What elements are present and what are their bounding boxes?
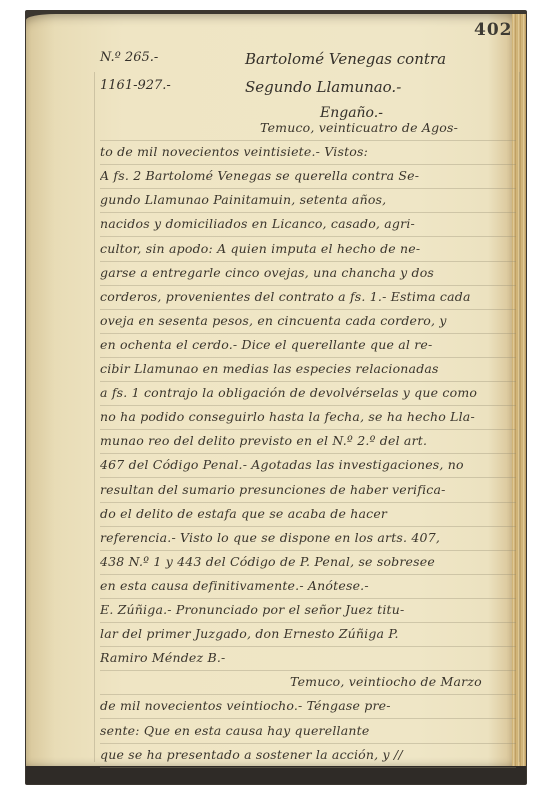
case-number: N.º 265.- (100, 50, 158, 65)
page-number: 402 (474, 20, 513, 40)
body-line: 438 N.º 1 y 443 del Código de P. Penal, … (100, 550, 516, 575)
body-line: a fs. 1 contrajo la obligación de devolv… (100, 381, 516, 406)
body-line: cibir Llamunao en medias las especies re… (100, 357, 516, 382)
body-line: cultor, sin apodo: A quien imputa el hec… (100, 237, 516, 262)
body-line: Temuco, veintiocho de Marzo (100, 670, 516, 695)
body-line: de mil novecientos veintiocho.- Téngase … (100, 694, 516, 719)
body-line: referencia.- Visto lo que se dispone en … (100, 526, 516, 551)
body-line: en ochenta el cerdo.- Dice el querellant… (100, 333, 516, 358)
body-line: oveja en sesenta pesos, en cincuenta cad… (100, 309, 516, 334)
heading-parties-line2: Segundo Llamunao.- (245, 78, 401, 96)
body-line: en esta causa definitivamente.- Anótese.… (100, 574, 516, 599)
body-line: sente: Que en esta causa hay querellante (100, 719, 516, 744)
body-line: que se ha presentado a sostener la acció… (100, 743, 516, 768)
body-line: to de mil novecientos veintisiete.- Vist… (100, 140, 516, 165)
body-line: do el delito de estafa que se acaba de h… (100, 502, 516, 527)
body-line: resultan del sumario presunciones de hab… (100, 478, 516, 503)
body-line: 467 del Código Penal.- Agotadas las inve… (100, 453, 516, 478)
body-line: corderos, provenientes del contrato a fs… (100, 285, 516, 310)
body-line: lar del primer Juzgado, don Ernesto Zúñi… (100, 622, 516, 647)
body-line: Temuco, veinticuatro de Agos- (100, 116, 516, 141)
body-line: Ramiro Méndez B.- (100, 646, 516, 671)
body-line: munao reo del delito previsto en el N.º … (100, 429, 516, 454)
book-cover-bottom (26, 766, 526, 784)
body-line: E. Zúñiga.- Pronunciado por el señor Jue… (100, 598, 516, 623)
case-reference: 1161-927.- (100, 78, 171, 93)
heading-parties-line1: Bartolomé Venegas contra (245, 50, 446, 68)
body-line: gundo Llamunao Painitamuin, setenta años… (100, 188, 516, 213)
body-line: no ha podido conseguirlo hasta la fecha,… (100, 405, 516, 430)
body-line: A fs. 2 Bartolomé Venegas se querella co… (100, 164, 516, 189)
body-line: garse a entregarle cinco ovejas, una cha… (100, 261, 516, 286)
body-line: nacidos y domiciliados en Licanco, casad… (100, 212, 516, 237)
